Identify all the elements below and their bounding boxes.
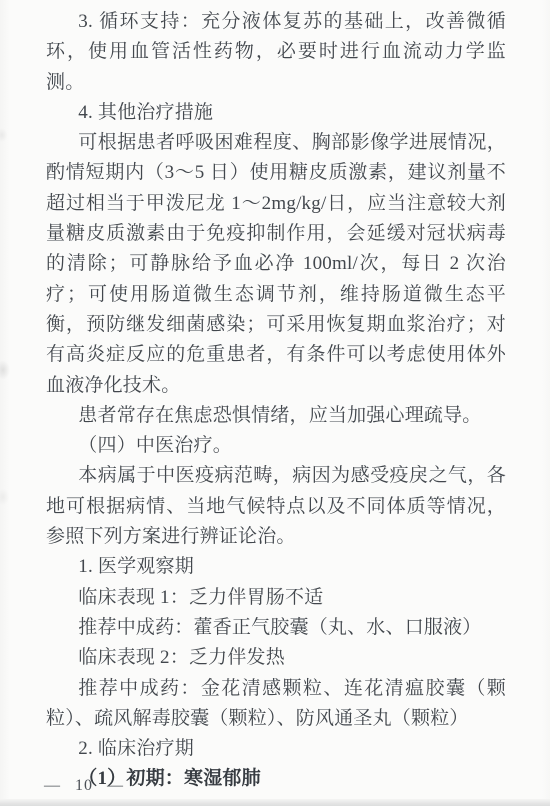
document-body: 3. 循环支持：充分液体复苏的基础上，改善微循环，使用血管活性药物，必要时进行血… [46, 7, 506, 795]
heading-clinical-treatment-period: 2. 临床治疗期 [46, 734, 506, 764]
page-footer: — 10 — [44, 777, 124, 795]
paragraph-tcm-overview: 本病属于中医疫病范畴，病因为感受疫戾之气，各地可根据病情、当地气候特点以及不同体… [46, 461, 506, 552]
heading-other-treatment-measures: 4. 其他治疗措施 [46, 98, 506, 128]
page-number: — 10 — [44, 777, 124, 794]
paragraph-clinical-manifestation-1: 临床表现 1：乏力伴胃肠不适 [46, 583, 506, 613]
heading-medical-observation-period: 1. 医学观察期 [46, 552, 506, 582]
paragraph-circulatory-support: 3. 循环支持：充分液体复苏的基础上，改善微循环，使用血管活性药物，必要时进行血… [46, 7, 506, 98]
scan-bottom-edge-shadow [0, 799, 550, 806]
paragraph-psychological-counseling: 患者常存在焦虑恐惧情绪，应当加强心理疏导。 [46, 401, 506, 431]
paragraph-other-treatment-details: 可根据患者呼吸困难程度、胸部影像学进展情况，酌情短期内（3～5 日）使用糖皮质激… [46, 128, 506, 401]
paragraph-recommended-medicine-2: 推荐中成药：金花清感颗粒、连花清瘟胶囊（颗粒）、疏风解毒胶囊（颗粒）、防风通圣丸… [46, 674, 506, 735]
heading-tcm-treatment: （四）中医治疗。 [46, 431, 506, 461]
paragraph-recommended-medicine-1: 推荐中成药：藿香正气胶囊（丸、水、口服液） [46, 613, 506, 643]
paragraph-clinical-manifestation-2: 临床表现 2：乏力伴发热 [46, 643, 506, 673]
scanned-document-page: 3. 循环支持：充分液体复苏的基础上，改善微循环，使用血管活性药物，必要时进行血… [0, 0, 550, 806]
